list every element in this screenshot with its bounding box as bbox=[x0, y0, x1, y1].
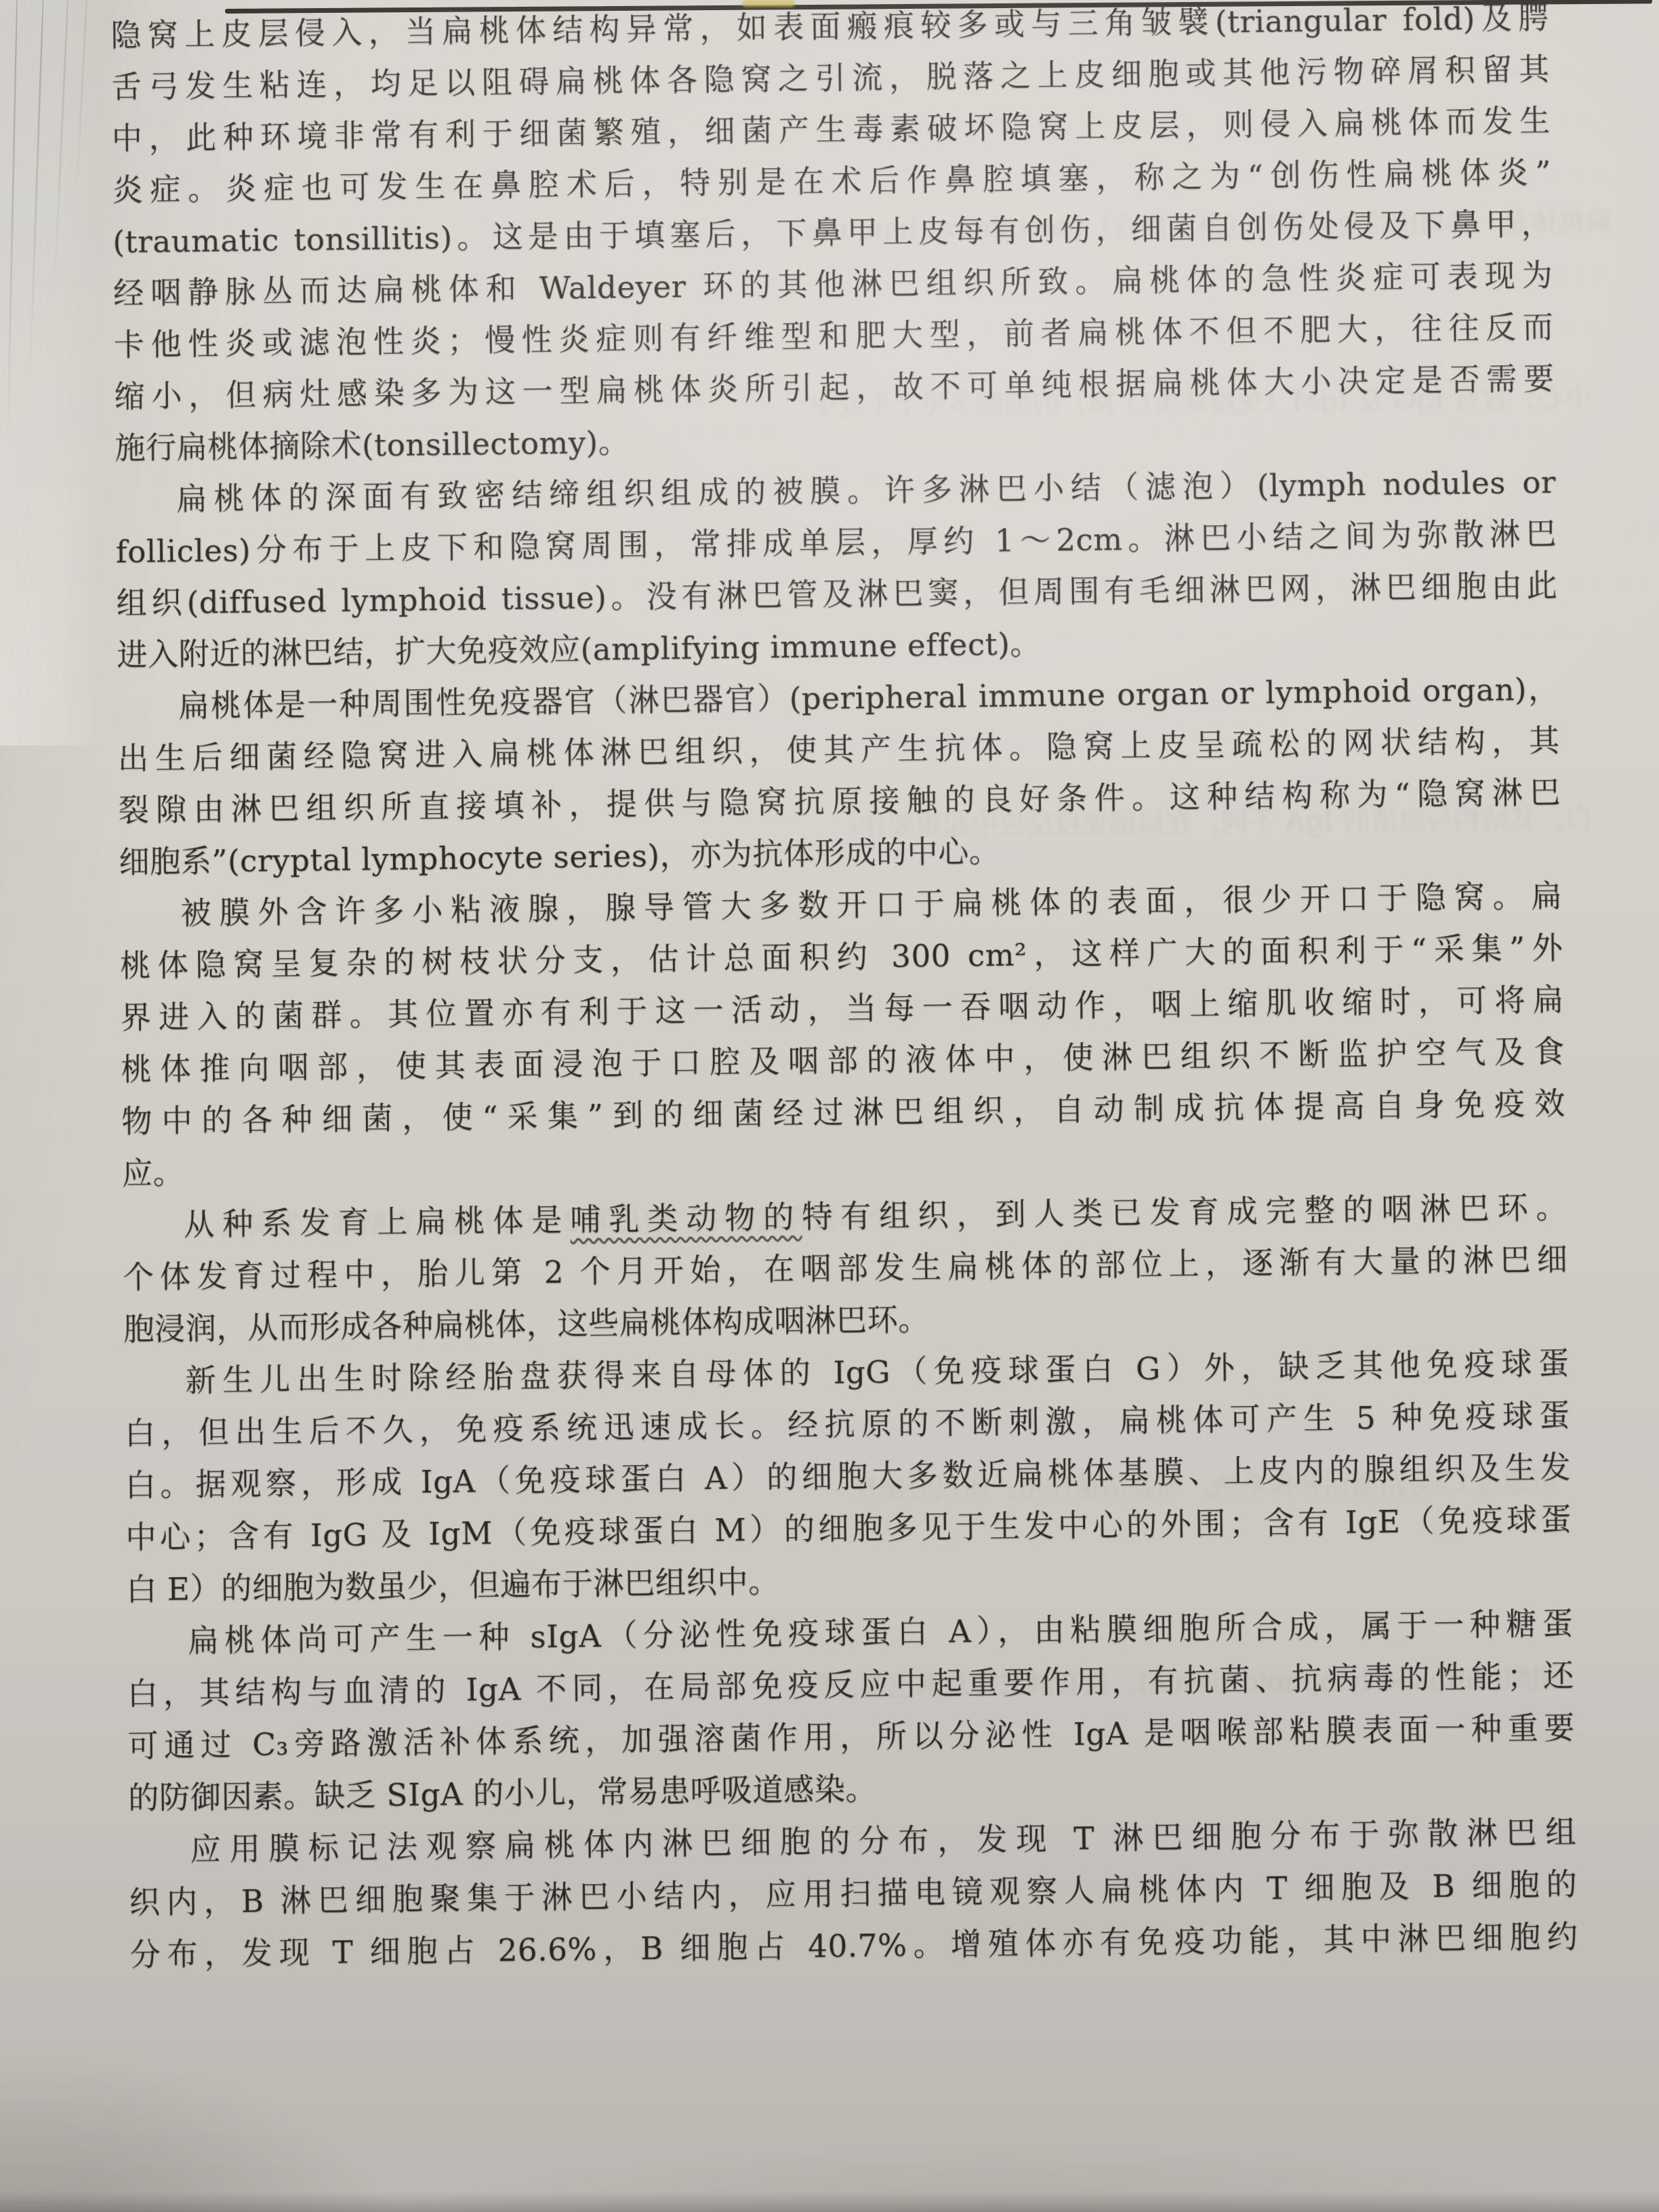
page-bottom-edge bbox=[0, 2192, 1659, 2212]
paragraph: 被膜外含许多小粘液腺，腺导管大多数开口于扁桃体的表面，很少开口于隐窝。扁桃体隐窝… bbox=[119, 870, 1567, 1200]
page-edge-line bbox=[5, 0, 18, 508]
page-edge-line bbox=[73, 0, 89, 237]
page-edge-line bbox=[28, 0, 45, 413]
book-page-photo: 扁桃体是一种周围性免疫器官（淋巴器官）(peripheral immune or… bbox=[0, 0, 1659, 2212]
pencil-underline: 哺乳类动物的 bbox=[570, 1199, 802, 1238]
paragraph: 扁桃体尚可产生一种 sIgA（分泌性免疫球蛋白 A），由粘膜细胞所合成，属于一种… bbox=[127, 1598, 1576, 1825]
paragraph: 扁桃体的深面有致密结缔组织组成的被膜。许多淋巴小结（滤泡）(lymph nodu… bbox=[115, 457, 1559, 682]
paragraph: 应用膜标记法观察扁桃体内淋巴细胞的分布，发现 T 淋巴细胞分布于弥散淋巴组织内，… bbox=[129, 1807, 1579, 1982]
paragraph: 从种系发育上扁桃体是哺乳类动物的特有组织，到人类已发育成完整的咽淋巴环。个体发育… bbox=[122, 1182, 1569, 1356]
paragraph: 扁桃体是一种周围性免疫器官（淋巴器官）(peripheral immune or… bbox=[117, 663, 1562, 888]
page-edge-line bbox=[52, 0, 70, 332]
page-edge-stack bbox=[0, 0, 102, 745]
paragraph: 隐窝上皮层侵入，当扁桃体结构异常，如表面瘢痕较多或与三角皱襞(triangula… bbox=[110, 0, 1555, 474]
paragraph: 新生儿出生时除经胎盘获得来自母体的 IgG（免疫球蛋白 G）外，缺乏其他免疫球蛋… bbox=[124, 1338, 1573, 1616]
text-block: 隐窝上皮层侵入，当扁桃体结构异常，如表面瘢痕较多或与三角皱襞(triangula… bbox=[110, 0, 1578, 1982]
